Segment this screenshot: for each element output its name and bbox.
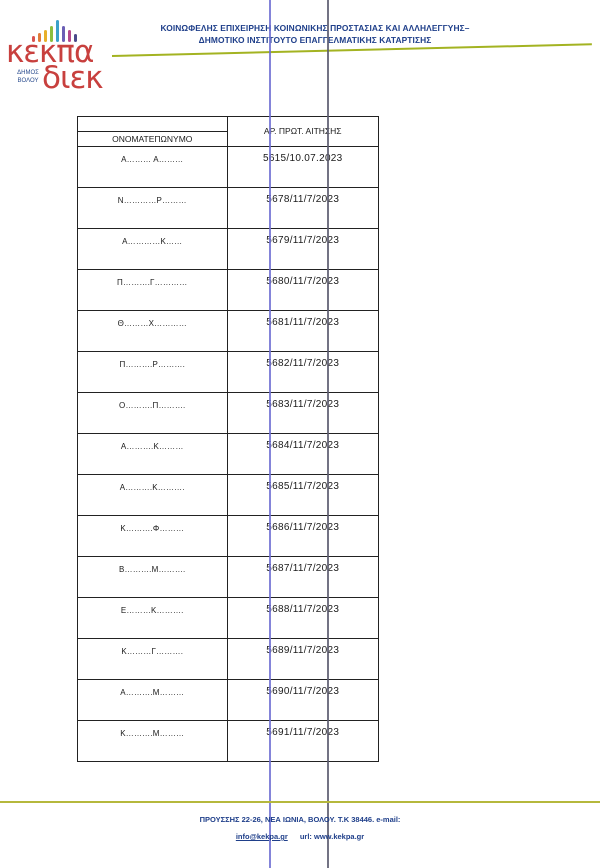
table-row: Π……….Ρ……….5682/11/7/2023: [78, 352, 379, 393]
protocol-number-cell: 5685/11/7/2023: [227, 475, 379, 516]
table-row: Κ………Γ……….5689/11/7/2023: [78, 639, 379, 680]
logo-sub-text: διεκ: [42, 64, 102, 92]
table-row: Θ………Χ…………5681/11/7/2023: [78, 311, 379, 352]
table-row: Α……….Κ……….5685/11/7/2023: [78, 475, 379, 516]
protocol-number-cell: 5679/11/7/2023: [227, 229, 379, 270]
applicant-name-cell: Α…………Κ……: [78, 229, 228, 270]
scan-artifact-line-blue: [269, 0, 271, 868]
logo-city-line2: ΒΟΛΟΥ: [14, 77, 42, 85]
table-row: Ν…………Ρ………5678/11/7/2023: [78, 188, 379, 229]
protocol-number-cell: 5689/11/7/2023: [227, 639, 379, 680]
applicant-name-cell: Α……….Μ………: [78, 680, 228, 721]
protocol-number-cell: 5691/11/7/2023: [227, 721, 379, 762]
website-url: url: www.kekpa.gr: [300, 832, 364, 841]
logo-city-line1: ΔΗΜΟΣ: [14, 69, 42, 77]
protocol-number-cell: 5615/10.07.2023: [227, 147, 379, 188]
applications-table: ΑΡ. ΠΡΩΤ. ΑΙΤΗΣΗΣ ΟΝΟΜΑΤΕΠΩΝΥΜΟ Α……… Α………: [77, 116, 379, 762]
protocol-number-cell: 5682/11/7/2023: [227, 352, 379, 393]
table-row: Κ……….Φ………5686/11/7/2023: [78, 516, 379, 557]
applicant-name-cell: Κ……….Μ………: [78, 721, 228, 762]
applicant-name-cell: Π……….Γ…………: [78, 270, 228, 311]
protocol-number-cell: 5687/11/7/2023: [227, 557, 379, 598]
table-row: Ε………Κ……….5688/11/7/2023: [78, 598, 379, 639]
protocol-number-cell: 5683/11/7/2023: [227, 393, 379, 434]
applicant-name-cell: Ο……….Π……….: [78, 393, 228, 434]
table-row: Α……….Μ………5690/11/7/2023: [78, 680, 379, 721]
footer-contact: info@kekpa.gr url: www.kekpa.gr: [150, 832, 450, 841]
header-spacer-cell: [78, 117, 228, 132]
applicant-name-cell: Ε………Κ……….: [78, 598, 228, 639]
protocol-number-cell: 5678/11/7/2023: [227, 188, 379, 229]
letterhead-title: ΚΟΙΝΩΦΕΛΗΣ ΕΠΙΧΕΙΡΗΣΗ ΚΟΙΝΩΝΙΚΗΣ ΠΡΟΣΤΑΣ…: [150, 22, 480, 46]
table-row: Β……….Μ……….5687/11/7/2023: [78, 557, 379, 598]
table-row: Ο……….Π……….5683/11/7/2023: [78, 393, 379, 434]
applicant-name-cell: Π……….Ρ……….: [78, 352, 228, 393]
table-row: Π……….Γ…………5680/11/7/2023: [78, 270, 379, 311]
applicant-name-cell: Α……….Κ……….: [78, 475, 228, 516]
organization-logo: κεκπα ΔΗΜΟΣ ΒΟΛΟΥ διεκ: [6, 14, 106, 90]
applicant-name-cell: Α……….Κ………: [78, 434, 228, 475]
email-link[interactable]: info@kekpa.gr: [236, 832, 288, 841]
table-row: Α…………Κ……5679/11/7/2023: [78, 229, 379, 270]
column-header-name: ΟΝΟΜΑΤΕΠΩΝΥΜΟ: [78, 132, 228, 147]
applicant-name-cell: Ν…………Ρ………: [78, 188, 228, 229]
applicant-name-cell: Θ………Χ…………: [78, 311, 228, 352]
footer-divider: [0, 801, 600, 803]
table-row: Α……… Α………5615/10.07.2023: [78, 147, 379, 188]
protocol-number-cell: 5688/11/7/2023: [227, 598, 379, 639]
protocol-number-cell: 5686/11/7/2023: [227, 516, 379, 557]
applicant-name-cell: Κ………Γ……….: [78, 639, 228, 680]
logo-city-text: ΔΗΜΟΣ ΒΟΛΟΥ: [14, 69, 42, 85]
protocol-number-cell: 5681/11/7/2023: [227, 311, 379, 352]
applicant-name-cell: Β……….Μ……….: [78, 557, 228, 598]
scan-artifact-line-grey: [327, 0, 329, 868]
letterhead-line-2: ΔΗΜΟΤΙΚΟ ΙΝΣΤΙΤΟΥΤΟ ΕΠΑΓΓΕΛΜΑΤΙΚΗΣ ΚΑΤΑΡ…: [150, 34, 480, 46]
protocol-number-cell: 5680/11/7/2023: [227, 270, 379, 311]
footer-address: ΠΡΟΥΣΣΗΣ 22-26, ΝΕΑ ΙΩΝΙΑ, ΒΟΛΟΥ. Τ.Κ 38…: [150, 815, 450, 824]
applicant-name-cell: Κ……….Φ………: [78, 516, 228, 557]
table-row: Κ……….Μ………5691/11/7/2023: [78, 721, 379, 762]
protocol-number-cell: 5690/11/7/2023: [227, 680, 379, 721]
table-row: Α……….Κ………5684/11/7/2023: [78, 434, 379, 475]
protocol-number-cell: 5684/11/7/2023: [227, 434, 379, 475]
letterhead-line-1: ΚΟΙΝΩΦΕΛΗΣ ΕΠΙΧΕΙΡΗΣΗ ΚΟΙΝΩΝΙΚΗΣ ΠΡΟΣΤΑΣ…: [150, 22, 480, 34]
applicant-name-cell: Α……… Α………: [78, 147, 228, 188]
column-header-protocol: ΑΡ. ΠΡΩΤ. ΑΙΤΗΣΗΣ: [227, 117, 379, 147]
